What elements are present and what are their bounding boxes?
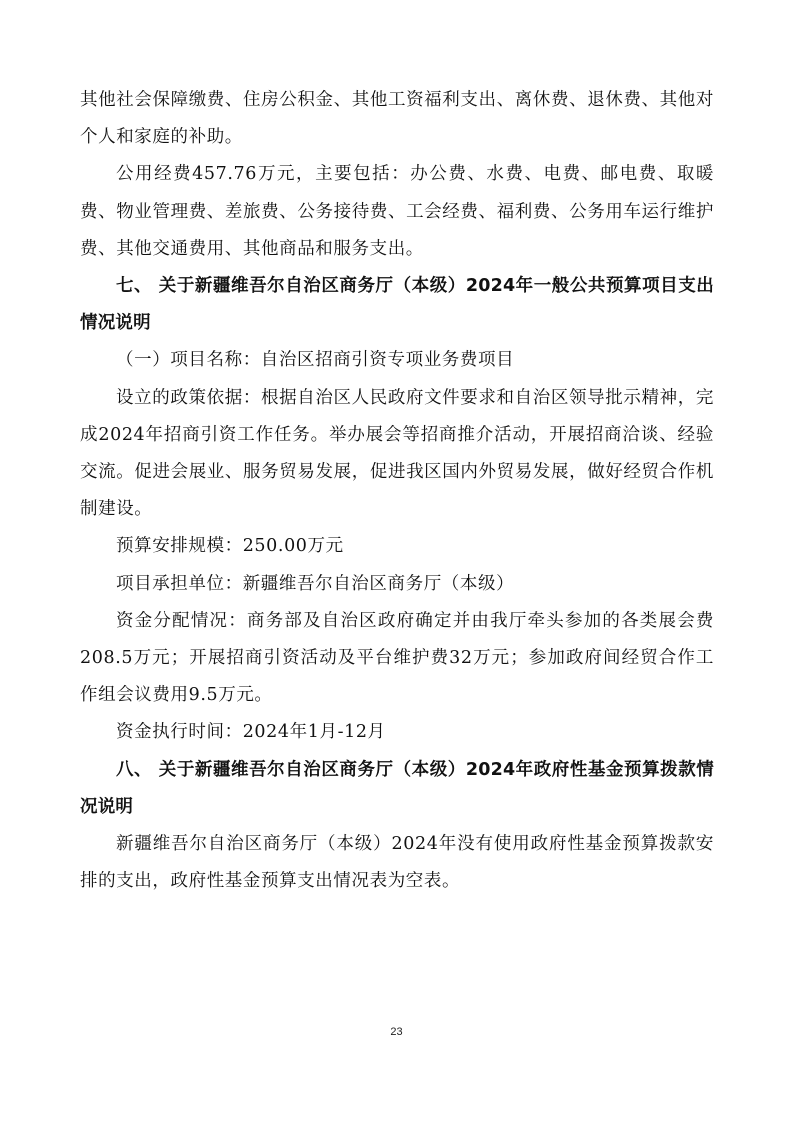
- project-name: （一）项目名称：自治区招商引资专项业务费项目: [80, 342, 714, 379]
- paragraph-public-expenses: 公用经费457.76万元，主要包括：办公费、水费、电费、邮电费、取暖费、物业管理…: [80, 156, 714, 268]
- policy-basis: 设立的政策依据：根据自治区人民政府文件要求和自治区领导批示精神，完成2024年招…: [80, 380, 714, 529]
- fund-allocation: 资金分配情况：商务部及自治区政府确定并由我厅牵头参加的各类展会费208.5万元；…: [80, 603, 714, 715]
- page-number: 23: [0, 1026, 793, 1038]
- government-fund-statement: 新疆维吾尔自治区商务厅（本级）2024年没有使用政府性基金预算拨款安排的支出，政…: [80, 826, 714, 900]
- budget-scale: 预算安排规模：250.00万元: [80, 528, 714, 565]
- paragraph-personal-subsidies: 其他社会保障缴费、住房公积金、其他工资福利支出、离休费、退休费、其他对个人和家庭…: [80, 82, 714, 156]
- project-unit: 项目承担单位：新疆维吾尔自治区商务厅（本级）: [80, 566, 714, 603]
- document-page: 其他社会保障缴费、住房公积金、其他工资福利支出、离休费、退休费、其他对个人和家庭…: [80, 82, 714, 900]
- section-heading-7: 七、 关于新疆维吾尔自治区商务厅（本级）2024年一般公共预算项目支出情况说明: [80, 268, 714, 342]
- fund-execution-time: 资金执行时间：2024年1月-12月: [80, 714, 714, 751]
- section-heading-8: 八、 关于新疆维吾尔自治区商务厅（本级）2024年政府性基金预算拨款情况说明: [80, 752, 714, 826]
